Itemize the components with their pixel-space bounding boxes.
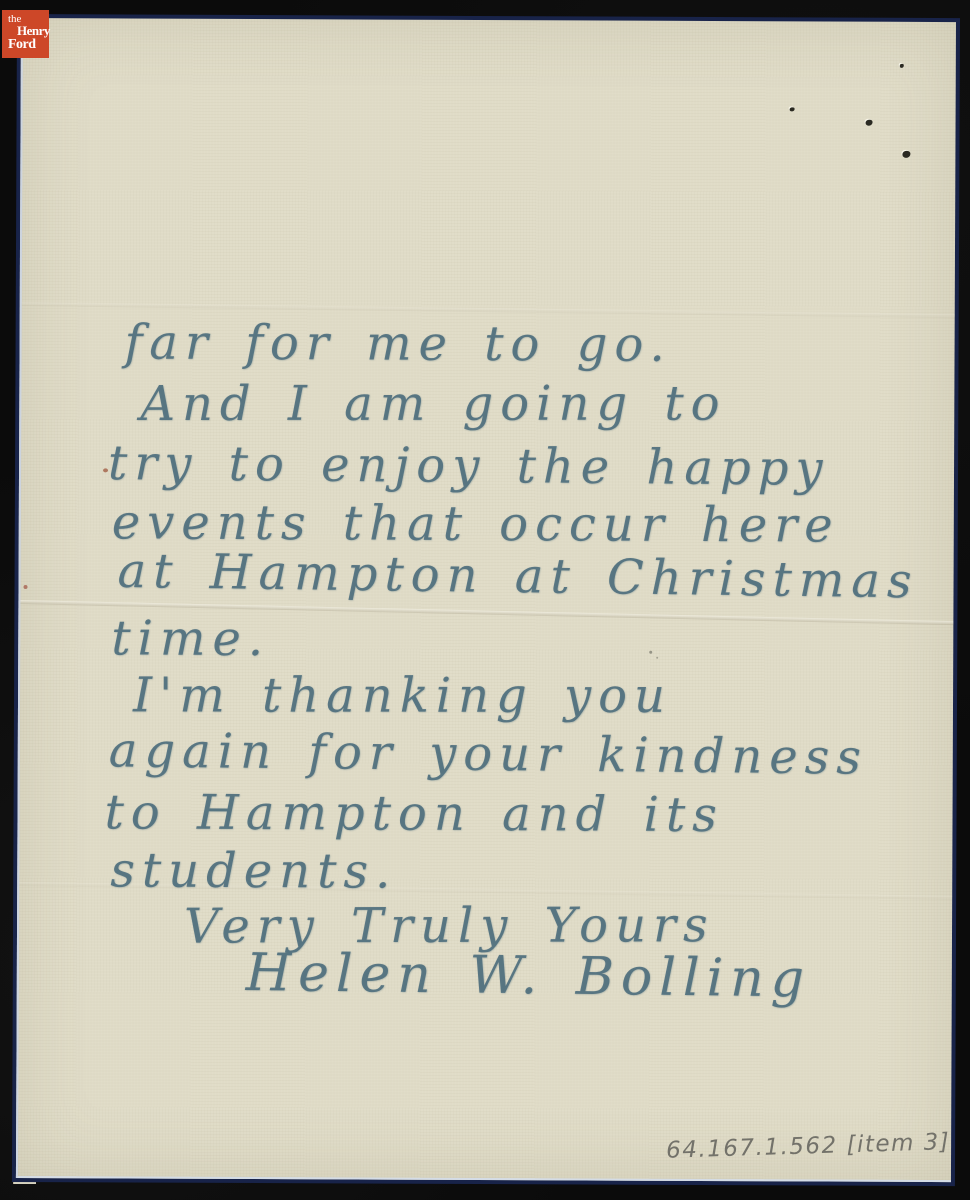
pin-hole xyxy=(790,107,795,111)
accession-number: 64.167.1.562 [item 3] xyxy=(666,1129,951,1164)
paper-speck xyxy=(24,585,28,589)
handwriting-line: try to enjoy the happy xyxy=(108,435,830,497)
logo-text-ford: Ford xyxy=(8,37,36,53)
handwriting-line: again for your kindness xyxy=(109,722,869,785)
paper-speck xyxy=(649,651,652,654)
handwriting-line: to Hampton and its xyxy=(104,784,724,843)
handwriting-line: at Hampton at Christmas xyxy=(117,543,919,609)
henry-ford-logo: the Henry Ford xyxy=(2,10,49,58)
handwriting-line: far for me to go. xyxy=(124,314,671,372)
paper-speck xyxy=(656,657,658,659)
pin-hole xyxy=(900,64,904,68)
pin-hole xyxy=(902,151,910,158)
pin-hole xyxy=(866,120,873,126)
handwriting-line: time. xyxy=(111,610,270,667)
signature-line: Helen W. Bolling xyxy=(246,943,812,1009)
scan-background: far for me to go. And I am going to try … xyxy=(0,0,970,1200)
handwriting-line: And I am going to xyxy=(140,376,726,433)
handwriting-line: students. xyxy=(110,842,397,899)
letter-page: far for me to go. And I am going to try … xyxy=(16,18,956,1182)
handwriting-line: I'm thanking you xyxy=(133,667,672,723)
